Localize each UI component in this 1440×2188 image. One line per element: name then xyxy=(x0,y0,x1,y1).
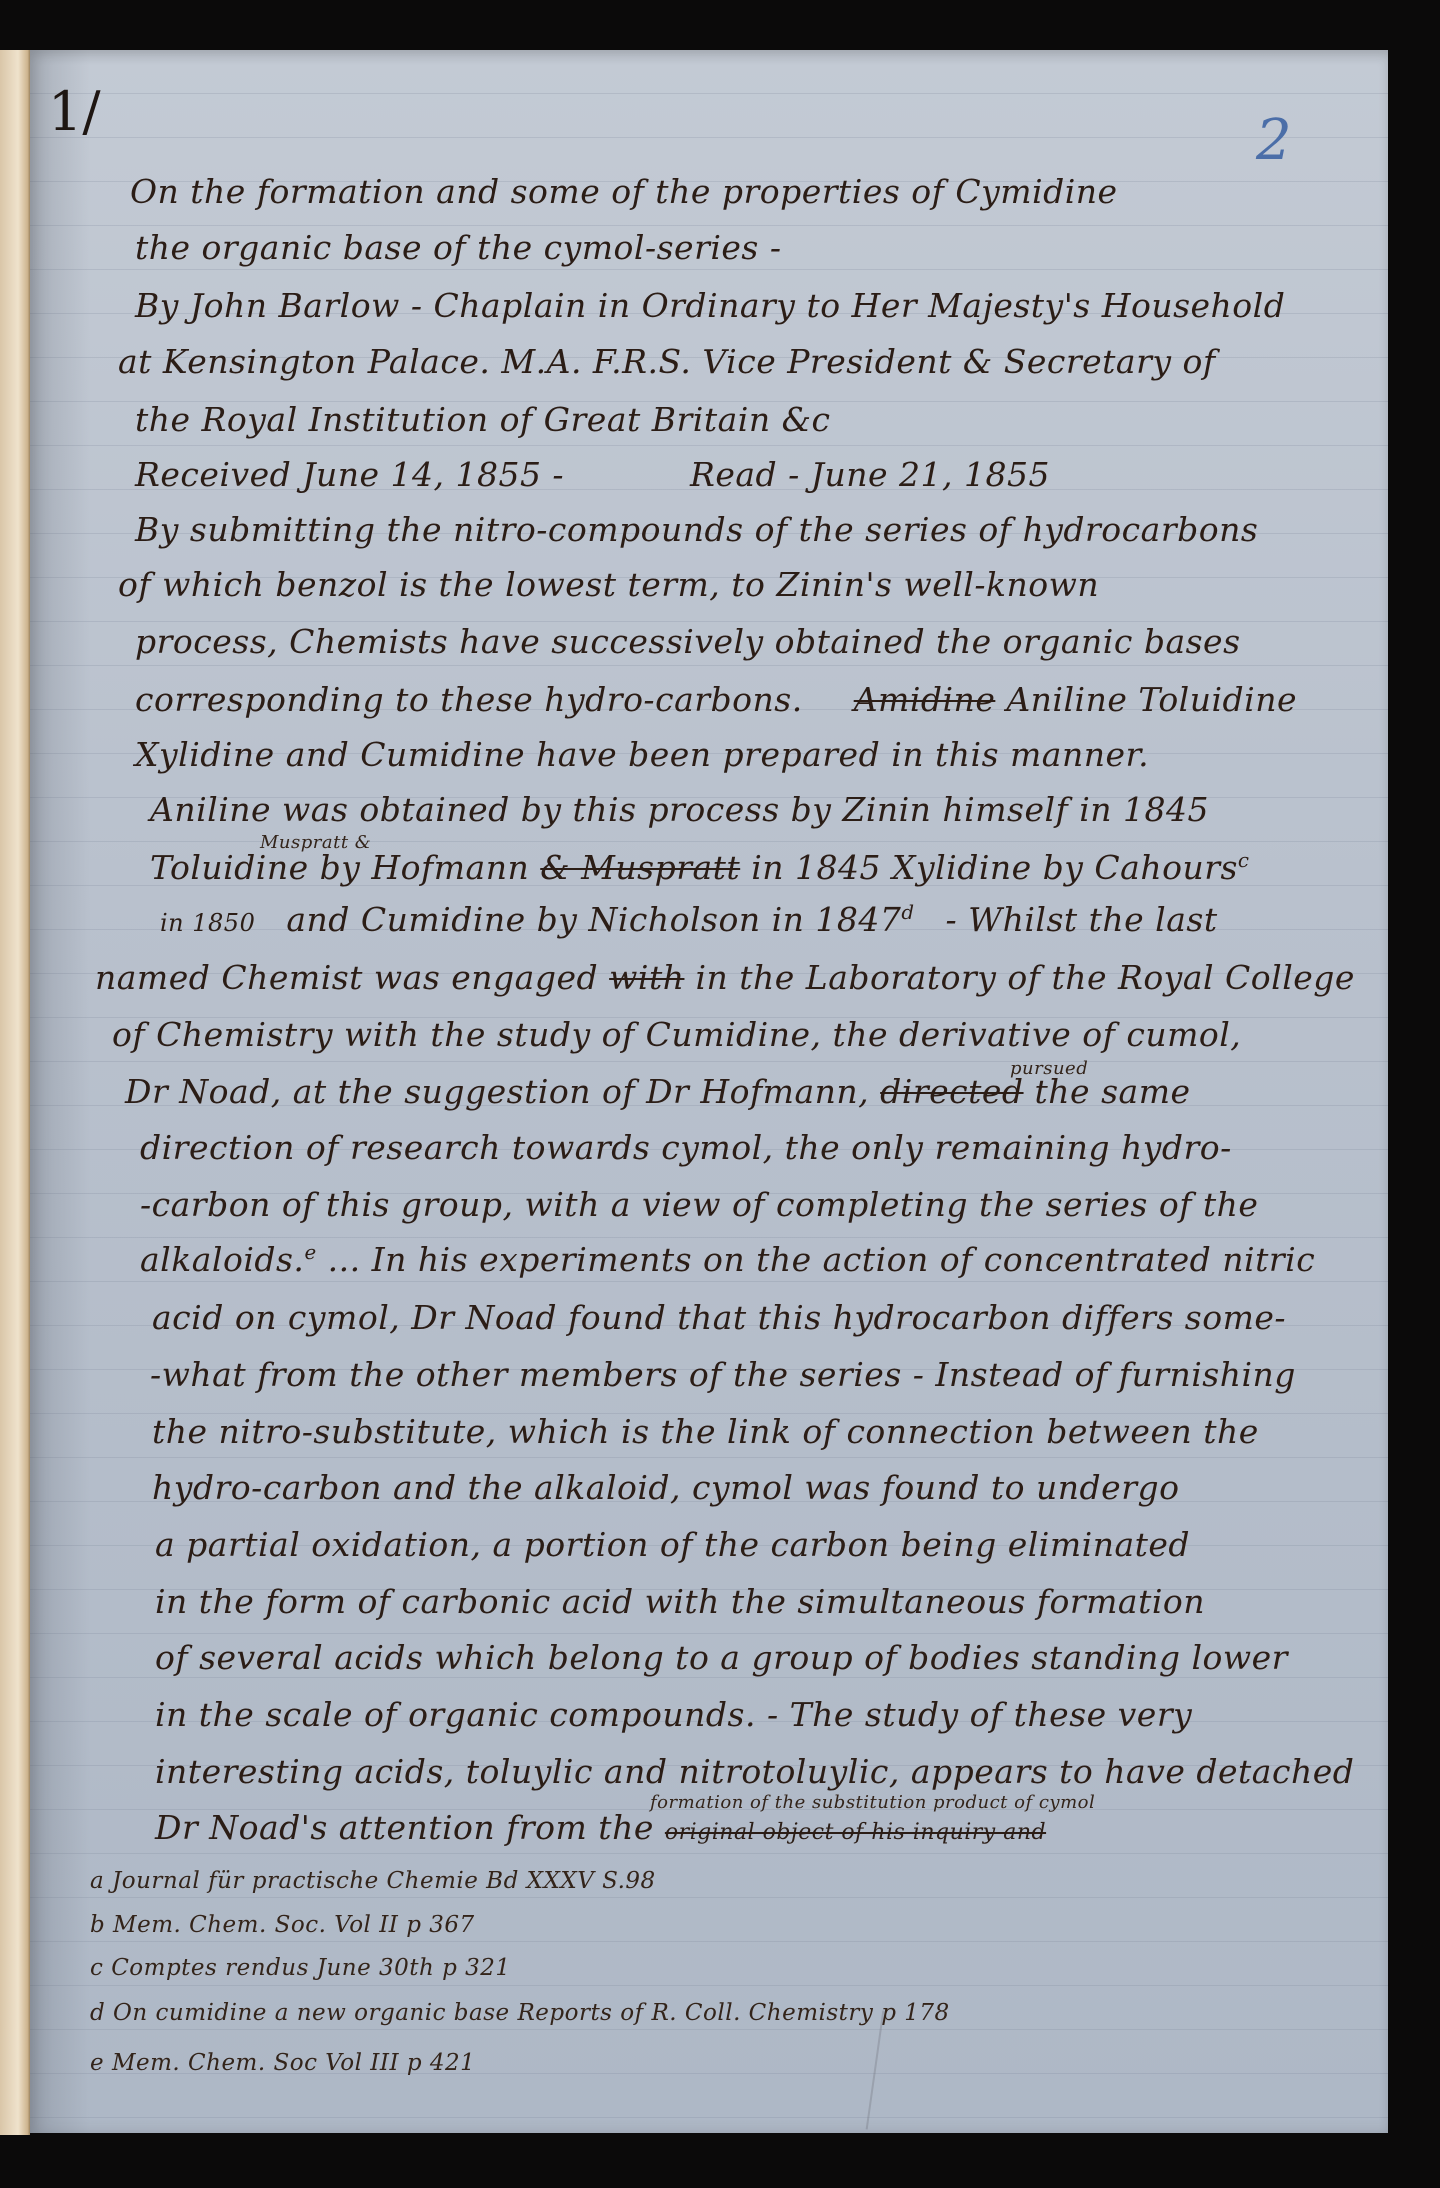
body-text: corresponding to these hydro-carbons. xyxy=(135,680,803,719)
body-line-23: interesting acids, toluylic and nitrotol… xyxy=(155,1752,1354,1791)
body-text: the same xyxy=(1035,1072,1191,1111)
footnote-mark: d xyxy=(90,2000,105,2026)
body-text: - Whilst the last xyxy=(946,900,1218,939)
footnote-mark: b xyxy=(90,1912,105,1938)
body-text: and Cumidine by Nicholson in 1847 xyxy=(286,900,901,939)
margin-mark: 1/ xyxy=(48,80,101,143)
body-line-12: direction of research towards cymol, the… xyxy=(140,1128,1232,1167)
body-text: Dr Noad's attention from the xyxy=(155,1808,654,1847)
body-text: Toluidine by Hofmann xyxy=(150,848,529,887)
body-line-16: -what from the other members of the seri… xyxy=(150,1355,1296,1394)
footnote-d: d On cumidine a new organic base Reports… xyxy=(90,2000,950,2026)
footnote-mark: e xyxy=(90,2050,104,2076)
body-line-6: Aniline was obtained by this process by … xyxy=(150,790,1209,829)
author-line-2: at Kensington Palace. M.A. F.R.S. Vice P… xyxy=(118,342,1216,381)
body-text: in 1845 Xylidine by Cahours xyxy=(751,848,1238,887)
footnote-c: c Comptes rendus June 30th p 321 xyxy=(90,1955,511,1981)
body-line-7: Toluidine by Hofmann & Muspratt in 1845 … xyxy=(150,848,1250,887)
body-line-15: acid on cymol, Dr Noad found that this h… xyxy=(152,1298,1286,1337)
body-line-21: of several acids which belong to a group… xyxy=(155,1638,1288,1677)
body-text: named Chemist was engaged xyxy=(95,958,598,997)
title-line-2: the organic base of the cymol-series - xyxy=(135,228,782,267)
body-line-4: corresponding to these hydro-carbons. Am… xyxy=(135,680,1297,719)
body-line-3: process, Chemists have successively obta… xyxy=(135,622,1241,661)
title-line-1: On the formation and some of the propert… xyxy=(130,172,1118,211)
body-text: in the Laboratory of the Royal College xyxy=(695,958,1355,997)
footnote-a: a Journal für practische Chemie Bd XXXV … xyxy=(90,1868,656,1894)
body-line-20: in the form of carbonic acid with the si… xyxy=(155,1582,1205,1621)
folio-number: 2 xyxy=(1256,108,1292,173)
body-text: ... In his experiments on the action of … xyxy=(328,1240,1316,1279)
body-line-19: a partial oxidation, a portion of the ca… xyxy=(155,1525,1190,1564)
body-line-9: named Chemist was engaged with in the La… xyxy=(95,958,1355,997)
footnote-text: Mem. Chem. Soc. Vol II p 367 xyxy=(113,1912,475,1938)
body-text: in 1850 xyxy=(160,909,255,937)
book-binding-edge xyxy=(0,50,30,2135)
footnote-e: e Mem. Chem. Soc Vol III p 421 xyxy=(90,2050,475,2076)
body-text: Aniline Toluidine xyxy=(1006,680,1297,719)
footnote-text: Comptes rendus June 30th p 321 xyxy=(111,1955,510,1981)
author-line-3: the Royal Institution of Great Britain &… xyxy=(135,400,830,439)
struck-word: original object of his inquiry and xyxy=(665,1820,1046,1845)
footnote-mark: c xyxy=(90,1955,103,1981)
footnote-text: Mem. Chem. Soc Vol III p 421 xyxy=(112,2050,475,2076)
body-line-10: of Chemistry with the study of Cumidine,… xyxy=(112,1015,1241,1054)
footnote-text: On cumidine a new organic base Reports o… xyxy=(113,2000,950,2026)
body-line-2: of which benzol is the lowest term, to Z… xyxy=(118,565,1099,604)
body-line-5: Xylidine and Cumidine have been prepared… xyxy=(135,735,1149,774)
footnote-mark: a xyxy=(90,1868,104,1894)
received-date: Received June 14, 1855 - xyxy=(135,455,564,494)
footnote-ref: d xyxy=(901,901,914,924)
body-line-14: alkaloids.e ... In his experiments on th… xyxy=(140,1240,1315,1279)
struck-word: directed xyxy=(880,1072,1023,1111)
struck-word: Amidine xyxy=(854,680,996,719)
body-line-22: in the scale of organic compounds. - The… xyxy=(155,1695,1192,1734)
author-line-1: By John Barlow - Chaplain in Ordinary to… xyxy=(135,286,1285,325)
body-line-13: -carbon of this group, with a view of co… xyxy=(140,1185,1258,1224)
footnote-b: b Mem. Chem. Soc. Vol II p 367 xyxy=(90,1912,475,1938)
struck-word: with xyxy=(609,958,684,997)
footnote-ref: e xyxy=(304,1241,316,1264)
footnote-text: Journal für practische Chemie Bd XXXV S.… xyxy=(112,1868,656,1894)
body-line-17: the nitro-substitute, which is the link … xyxy=(152,1412,1259,1451)
read-date: Read - June 21, 1855 xyxy=(690,455,1050,494)
body-line-1: By submitting the nitro-compounds of the… xyxy=(135,510,1258,549)
footnote-ref: c xyxy=(1238,849,1250,872)
body-line-8: in 1850 and Cumidine by Nicholson in 184… xyxy=(160,900,1218,939)
body-text: Dr Noad, at the suggestion of Dr Hofmann… xyxy=(125,1072,869,1111)
body-line-18: hydro-carbon and the alkaloid, cymol was… xyxy=(152,1468,1179,1507)
body-line-24: Dr Noad's attention from the original ob… xyxy=(155,1808,1046,1847)
paper-fold-crease xyxy=(866,2010,885,2129)
body-line-11: Dr Noad, at the suggestion of Dr Hofmann… xyxy=(125,1072,1191,1111)
body-text: alkaloids. xyxy=(140,1240,304,1279)
struck-word: & Muspratt xyxy=(540,848,740,887)
